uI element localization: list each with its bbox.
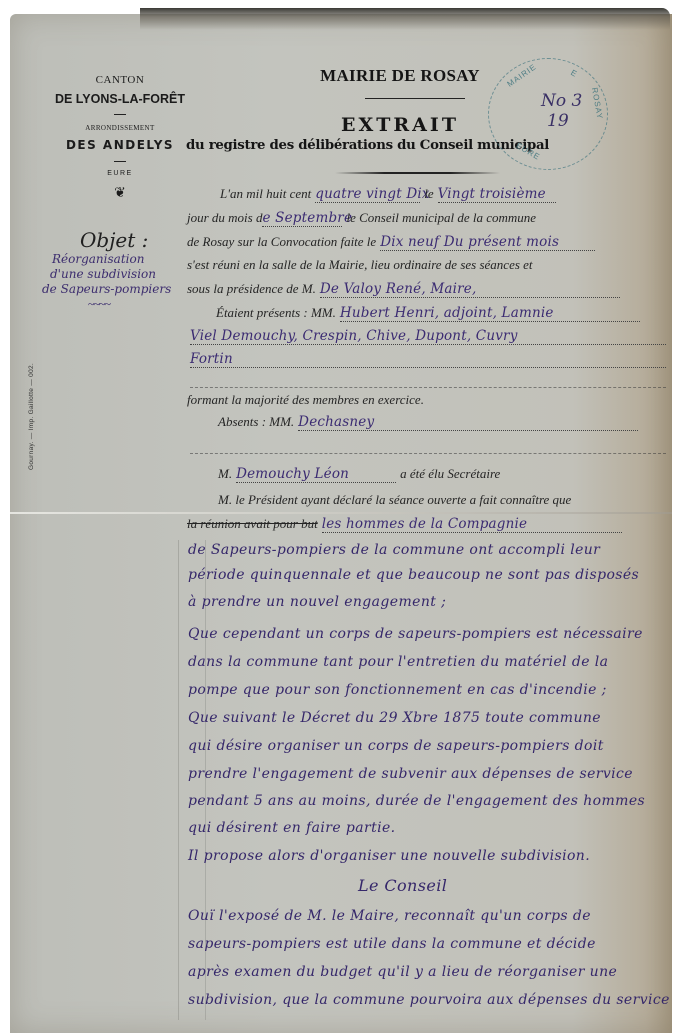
handwritten-line: qui désirent en faire partie. [188,820,396,836]
objet-title: Objet : [80,228,198,252]
form-line-presents: Étaient présents : MM. Hubert Henri, adj… [216,305,640,322]
arrondissement-name: DES ANDELYS [44,138,196,152]
handwritten-line: subdivision, que la commune pourvoira au… [188,992,670,1008]
handwritten-line: période quinquennale et que beaucoup ne … [188,567,639,583]
month-field: e Septembre [262,210,342,227]
struck-printed-text: la réunion avait pour but [187,516,318,531]
printed-text: formant la majorité des membres en exerc… [187,392,424,407]
printed-text: le [424,186,433,201]
form-line-seance: M. le Président ayant déclaré la séance … [218,492,571,508]
handwritten-line: pompe que pour son fonctionnement en cas… [188,682,607,698]
divider [114,114,126,115]
printed-text: M. [218,466,232,481]
objet-line: Réorganisation [52,252,198,267]
printed-text: M. le Président ayant déclaré la séance … [218,492,571,507]
divider [335,172,500,174]
extrait-title: EXTRAIT [300,114,500,136]
handwritten-line: Ouï l'exposé de M. le Maire, reconnaît q… [188,908,591,924]
printed-text: de Rosay sur la Convocation faite le [187,234,376,249]
mairie-title: MAIRIE DE ROSAY [300,66,500,86]
registry-subnumber: 19 [547,111,582,131]
handwritten-line: pendant 5 ans au moins, durée de l'engag… [188,793,645,809]
presents-field: Viel Demouchy, Crespin, Chive, Dupont, C… [190,328,666,345]
divider [365,98,465,99]
printed-text: a été élu Secrétaire [400,466,500,481]
stamp-text: E [569,68,579,79]
stamp-text: ROSAY [590,87,604,120]
canton-label: CANTON [44,74,196,86]
secretary-field: Demouchy Léon [236,466,396,483]
year-field: quatre vingt Dix [315,186,420,203]
handwritten-line: dans la commune tant pour l'entretien du… [188,654,608,670]
form-line-secretaire: M. Demouchy Léon a été élu Secrétaire [218,466,500,483]
handwritten-line: à prendre un nouvel engagement ; [188,594,446,610]
paper-fold [10,512,672,514]
handwritten-line: sapeurs-pompiers est utile dans la commu… [188,936,596,952]
form-line-presents-cont: Fortin [190,351,666,368]
printed-text: s'est réuni en la salle de la Mairie, li… [187,257,533,272]
underline-flourish: ~~~~ [88,297,198,312]
mairie-stamp: MAIRIE E ROSAY EURE No 3 19 [488,58,608,170]
blank-dotted-line [190,452,666,454]
stamp-number: No 3 19 [541,91,582,131]
printed-text: jour du mois d [187,210,262,225]
divider [114,161,126,162]
convocation-date-field: Dix neuf Du présent mois [380,234,595,251]
arrondissement-label: ARRONDISSEMENT [44,124,196,132]
form-line-presents-cont: Viel Demouchy, Crespin, Chive, Dupont, C… [190,328,666,345]
president-field: De Valoy René, Maire, [320,281,620,298]
handwritten-line: Que suivant le Décret du 29 Xbre 1875 to… [188,710,601,726]
printer-imprint: Gournay. — Imp. Gaillotte — 002. [28,363,35,470]
form-line-month: jour du mois de Septembre le Conseil mun… [187,210,536,227]
form-line-convocation: de Rosay sur la Convocation faite le Dix… [187,234,595,251]
objet-line: d'une subdivision [50,267,198,282]
printed-text: sous la présidence de M. [187,281,316,296]
printed-text: L'an mil huit cent [220,186,311,201]
day-field: Vingt troisième [438,186,556,203]
form-line-president: sous la présidence de M. De Valoy René, … [187,281,620,298]
purpose-field: les hommes de la Compagnie [322,516,622,533]
objet-line: de Sapeurs-pompiers [42,282,198,297]
handwritten-line: qui désire organiser un corps de sapeurs… [188,738,604,754]
printed-text: Étaient présents : MM. [216,305,336,320]
handwritten-line: Que cependant un corps de sapeurs-pompie… [188,626,643,642]
handwritten-line: de Sapeurs-pompiers de la commune ont ac… [188,542,600,558]
presents-field: Hubert Henri, adjoint, Lamnie [340,305,640,322]
form-line-date: L'an mil huit cent quatre vingt Dix le V… [220,186,556,203]
canton-name: DE LYONS-LA-FORÊT [44,92,196,106]
printed-text: Absents : MM. [218,414,294,429]
handwritten-line: après examen du budget qu'il y a lieu de… [188,964,617,980]
absents-field: Dechasney [298,414,638,431]
form-line-location: s'est réuni en la salle de la Mairie, li… [187,257,533,273]
form-line-absents: Absents : MM. Dechasney [218,414,638,431]
handwritten-line: prendre l'engagement de subvenir aux dép… [188,766,633,782]
fleuron-ornament-icon: ❦ [44,185,196,202]
registry-number: No 3 [541,91,582,111]
paper-stain [140,8,670,30]
stamp-text: EURE [515,141,542,162]
blank-dotted-line [190,386,666,388]
handwritten-line: Il propose alors d'organiser une nouvell… [188,848,590,864]
printed-text: le Conseil municipal de la commune [346,210,536,225]
form-line-but: la réunion avait pour but les hommes de … [187,516,622,533]
margin-rule [178,540,179,1020]
objet-section: Objet : Réorganisation d'une subdivision… [48,228,198,312]
department: EURE [44,170,196,177]
presents-field: Fortin [190,351,666,368]
form-line-majority: formant la majorité des membres en exerc… [187,392,424,408]
le-conseil-heading: Le Conseil [358,876,447,895]
